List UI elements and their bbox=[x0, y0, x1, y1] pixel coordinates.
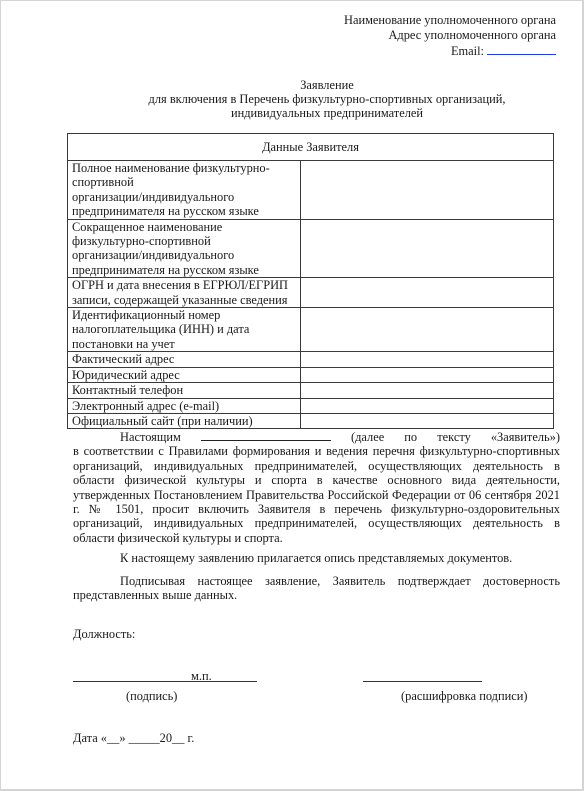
signature-caption: (подпись) bbox=[126, 689, 177, 703]
field-value-cell[interactable] bbox=[301, 398, 554, 413]
table-row: Полное наименование физкультурно-спортив… bbox=[68, 161, 554, 220]
authority-name: Наименование уполномоченного органа bbox=[344, 13, 556, 28]
position-label: Должность: bbox=[73, 627, 135, 641]
main-paragraph: Настоящим (далее по тексту «Заявитель») … bbox=[73, 430, 560, 545]
document-title: Заявление для включения в Перечень физку… bbox=[67, 78, 584, 120]
attachment-paragraph: К настоящему заявлению прилагается опись… bbox=[73, 551, 560, 565]
field-label-line: Полное наименование физкультурно- bbox=[72, 161, 296, 175]
paragraph-word: «Заявитель») bbox=[491, 430, 560, 444]
field-label: Полное наименование физкультурно-спортив… bbox=[68, 161, 301, 220]
field-value-cell[interactable] bbox=[301, 383, 554, 398]
email-field[interactable] bbox=[487, 43, 556, 55]
field-value-cell[interactable] bbox=[301, 352, 554, 367]
table-row: Официальный сайт (при наличии) bbox=[68, 413, 554, 428]
decoding-caption: (расшифровка подписи) bbox=[401, 689, 527, 703]
signature-line[interactable] bbox=[73, 681, 257, 682]
title-heading: Заявление bbox=[67, 78, 584, 92]
field-label: Фактический адрес bbox=[68, 352, 301, 367]
field-value-cell[interactable] bbox=[301, 413, 554, 428]
field-label-line: записи, содержащей указанные сведения bbox=[72, 293, 296, 307]
field-label: Контактный телефон bbox=[68, 383, 301, 398]
field-label-line: организации/индивидуального bbox=[72, 190, 296, 204]
email-label: Email: bbox=[451, 44, 484, 58]
field-label: Официальный сайт (при наличии) bbox=[68, 413, 301, 428]
field-label-line: предпринимателя на русском языке bbox=[72, 263, 296, 277]
paragraph-word: по bbox=[404, 430, 417, 444]
paragraph-word: тексту bbox=[437, 430, 471, 444]
field-label-line: организации/индивидуального bbox=[72, 248, 296, 262]
main-paragraph-first-line: Настоящим (далее по тексту «Заявитель») bbox=[73, 430, 560, 444]
table-row: Идентификационный номерналогоплательщика… bbox=[68, 308, 554, 352]
table-row: Юридический адрес bbox=[68, 367, 554, 382]
field-label-line: Контактный телефон bbox=[72, 383, 296, 397]
table-body: Полное наименование физкультурно-спортив… bbox=[68, 161, 554, 429]
field-label: Идентификационный номерналогоплательщика… bbox=[68, 308, 301, 352]
table-row: Электронный адрес (e-mail) bbox=[68, 398, 554, 413]
field-label-line: спортивной bbox=[72, 175, 296, 189]
table-row: Контактный телефон bbox=[68, 383, 554, 398]
field-label-line: предпринимателя на русском языке bbox=[72, 204, 296, 218]
confirmation-paragraph: Подписывая настоящее заявление, Заявител… bbox=[73, 574, 560, 603]
field-label-line: физкультурно-спортивной bbox=[72, 234, 296, 248]
field-label-line: Официальный сайт (при наличии) bbox=[72, 414, 296, 428]
field-label-line: Идентификационный номер bbox=[72, 308, 296, 322]
document-page: Наименование уполномоченного органа Адре… bbox=[0, 0, 584, 791]
field-label: ОГРН и дата внесения в ЕГРЮЛ/ЕГРИПзаписи… bbox=[68, 278, 301, 308]
title-subtitle-line2: индивидуальных предпринимателей bbox=[67, 106, 584, 120]
field-label: Юридический адрес bbox=[68, 367, 301, 382]
field-label: Электронный адрес (e-mail) bbox=[68, 398, 301, 413]
applicant-data-table: Данные Заявителя Полное наименование физ… bbox=[67, 133, 554, 429]
recipient-block: Наименование уполномоченного органа Адре… bbox=[344, 13, 556, 59]
table-row: Сокращенное наименованиефизкультурно-спо… bbox=[68, 219, 554, 278]
field-label-line: Фактический адрес bbox=[72, 352, 296, 366]
date-line: Дата «__» _____20__ г. bbox=[73, 731, 194, 745]
applicant-name-field[interactable] bbox=[201, 430, 331, 441]
table-header: Данные Заявителя bbox=[68, 134, 554, 161]
paragraph-word: (далее bbox=[351, 430, 384, 444]
field-value-cell[interactable] bbox=[301, 308, 554, 352]
table-row: ОГРН и дата внесения в ЕГРЮЛ/ЕГРИПзаписи… bbox=[68, 278, 554, 308]
field-label-line: ОГРН и дата внесения в ЕГРЮЛ/ЕГРИП bbox=[72, 278, 296, 292]
field-label-line: Сокращенное наименование bbox=[72, 220, 296, 234]
field-label: Сокращенное наименованиефизкультурно-спо… bbox=[68, 219, 301, 278]
field-label-line: Юридический адрес bbox=[72, 368, 296, 382]
authority-address: Адрес уполномоченного органа bbox=[344, 28, 556, 43]
email-line: Email: bbox=[451, 43, 556, 59]
field-value-cell[interactable] bbox=[301, 161, 554, 220]
field-value-cell[interactable] bbox=[301, 278, 554, 308]
table-row: Фактический адрес bbox=[68, 352, 554, 367]
field-value-cell[interactable] bbox=[301, 367, 554, 382]
paragraph-start-word: Настоящим bbox=[120, 430, 181, 444]
field-label-line: постановки на учет bbox=[72, 337, 296, 351]
field-label-line: Электронный адрес (e-mail) bbox=[72, 399, 296, 413]
title-subtitle-line1: для включения в Перечень физкультурно-сп… bbox=[67, 92, 584, 106]
main-paragraph-body: в соответствии с Правилами формирования … bbox=[73, 444, 560, 545]
table-header-row: Данные Заявителя bbox=[68, 134, 554, 161]
field-value-cell[interactable] bbox=[301, 219, 554, 278]
field-label-line: налогоплательщика (ИНН) и дата bbox=[72, 322, 296, 336]
signature-decoding-line[interactable] bbox=[363, 681, 482, 682]
stamp-label: м.п. bbox=[191, 669, 212, 683]
